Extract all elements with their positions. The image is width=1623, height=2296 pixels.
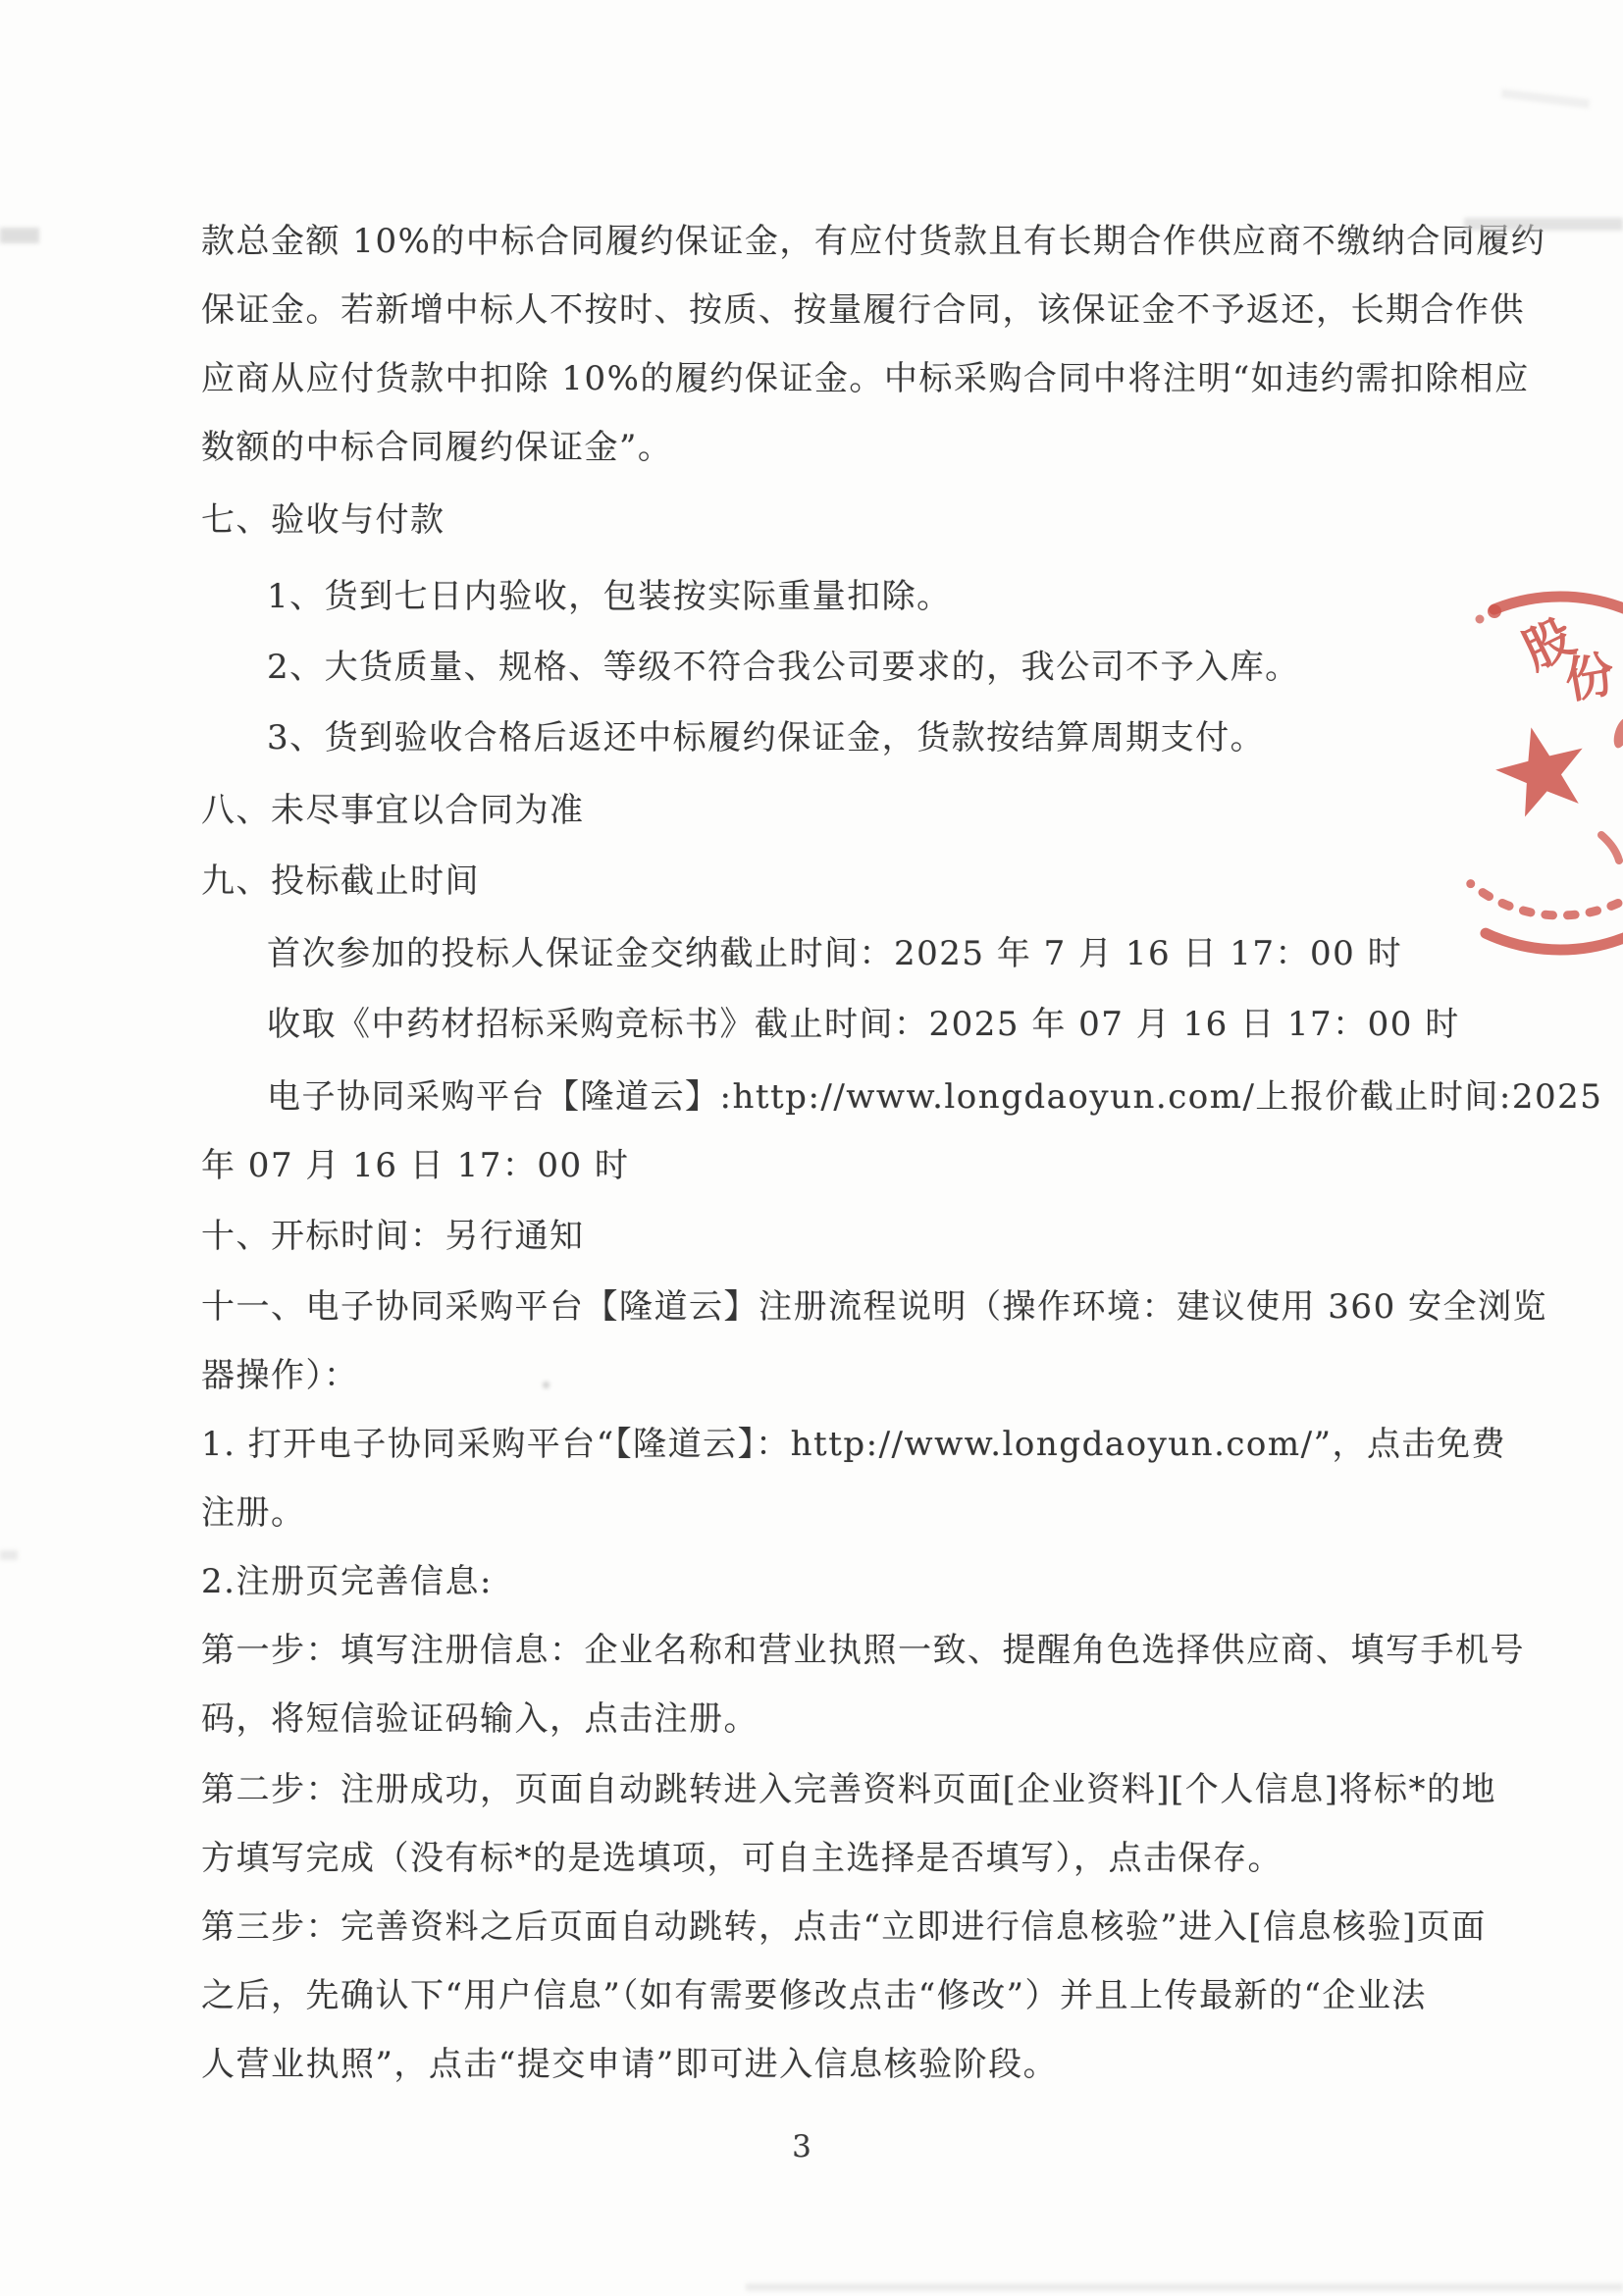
numbered-item-3: 3、货到验收合格后返还中标履约保证金，货款按结算周期支付。 [267,716,1265,759]
step-2-register-info: 2.注册页完善信息: [201,1560,493,1603]
paragraph-line: 方填写完成（没有标*的是选填项，可自主选择是否填写），点击保存。 [201,1837,1283,1880]
section-heading-8: 八、未尽事宜以合同为准 [201,789,585,832]
scan-speck [543,1382,550,1388]
deadline-line-bond: 首次参加的投标人保证金交纳截止时间：2025 年 7 月 16 日 17：00 … [267,932,1402,975]
seal-char-fen: 份 [1560,645,1618,710]
step-1-open-platform: 1. 打开电子协同采购平台“【隆道云】：http://www.longdaoyu… [201,1423,1506,1466]
paragraph-line: 码，将短信验证码输入，点击注册。 [201,1697,759,1741]
section-heading-7: 七、验收与付款 [201,498,445,542]
paragraph-line: 数额的中标合同履约保证金”。 [201,426,672,469]
paragraph-line: 款总金额 10%的中标合同履约保证金，有应付货款且有长期合作供应商不缴纳合同履约 [201,220,1545,263]
scan-smudge-left [0,228,39,243]
paragraph-line: 器操作）： [201,1354,359,1397]
register-step-two: 第二步：注册成功，页面自动跳转进入完善资料页面[企业资料][个人信息]将标*的地 [201,1768,1496,1811]
register-step-three: 第三步：完善资料之后页面自动跳转，点击“立即进行信息核验”进入[信息核验]页面 [201,1905,1487,1949]
seal-star-icon [1488,716,1595,820]
scan-smudge-left-lower [0,1550,18,1560]
deadline-line-platform: 电子协同采购平台【隆道云】:http://www.longdaoyun.com/… [267,1075,1602,1119]
section-heading-11: 十一、电子协同采购平台【隆道云】注册流程说明（操作环境：建议使用 360 安全浏… [201,1285,1547,1329]
page-number: 3 [0,2129,1603,2165]
seal-edge-remnant [1610,716,1623,751]
section-heading-9: 九、投标截止时间 [201,860,480,903]
deadline-line-bidbook: 收取《中药材招标采购竞标书》截止时间：2025 年 07 月 16 日 17：0… [267,1003,1460,1046]
numbered-item-1: 1、货到七日内验收，包装按实际重量扣除。 [267,575,952,618]
document-page: 款总金额 10%的中标合同履约保证金，有应付货款且有长期合作供应商不缴纳合同履约… [0,0,1623,2296]
register-step-one: 第一步：填写注册信息：企业名称和营业执照一致、提醒角色选择供应商、填写手机号 [201,1629,1525,1672]
scan-smudge-top-right [1501,89,1590,109]
paragraph-line: 保证金。若新增中标人不按时、按质、按量履行合同，该保证金不予返还，长期合作供 [201,288,1525,332]
seal-ink-dot [1476,615,1485,624]
paragraph-line: 注册。 [201,1491,306,1535]
numbered-item-2: 2、大货质量、规格、等级不符合我公司要求的，我公司不予入库。 [267,646,1300,689]
scan-smudge-bottom [746,2283,1623,2291]
paragraph-line: 应商从应付货款中扣除 10%的履约保证金。中标采购合同中将注明“如违约需扣除相应 [201,357,1530,400]
seal-ink-blob [1488,604,1501,618]
paragraph-line: 之后，先确认下“用户信息”（如有需要修改点击“修改”）并且上传最新的“企业法 [201,1974,1427,2017]
scan-smudge-right [1464,218,1623,231]
section-heading-10: 十、开标时间：另行通知 [201,1215,585,1258]
deadline-line-continuation: 年 07 月 16 日 17：00 时 [201,1144,629,1187]
company-seal-stamp: 股 份 [1368,545,1623,996]
paragraph-line: 人营业执照”，点击“提交申请”即可进入信息核验阶段。 [201,2043,1058,2086]
seal-edge-arc-remnant [1601,835,1619,861]
